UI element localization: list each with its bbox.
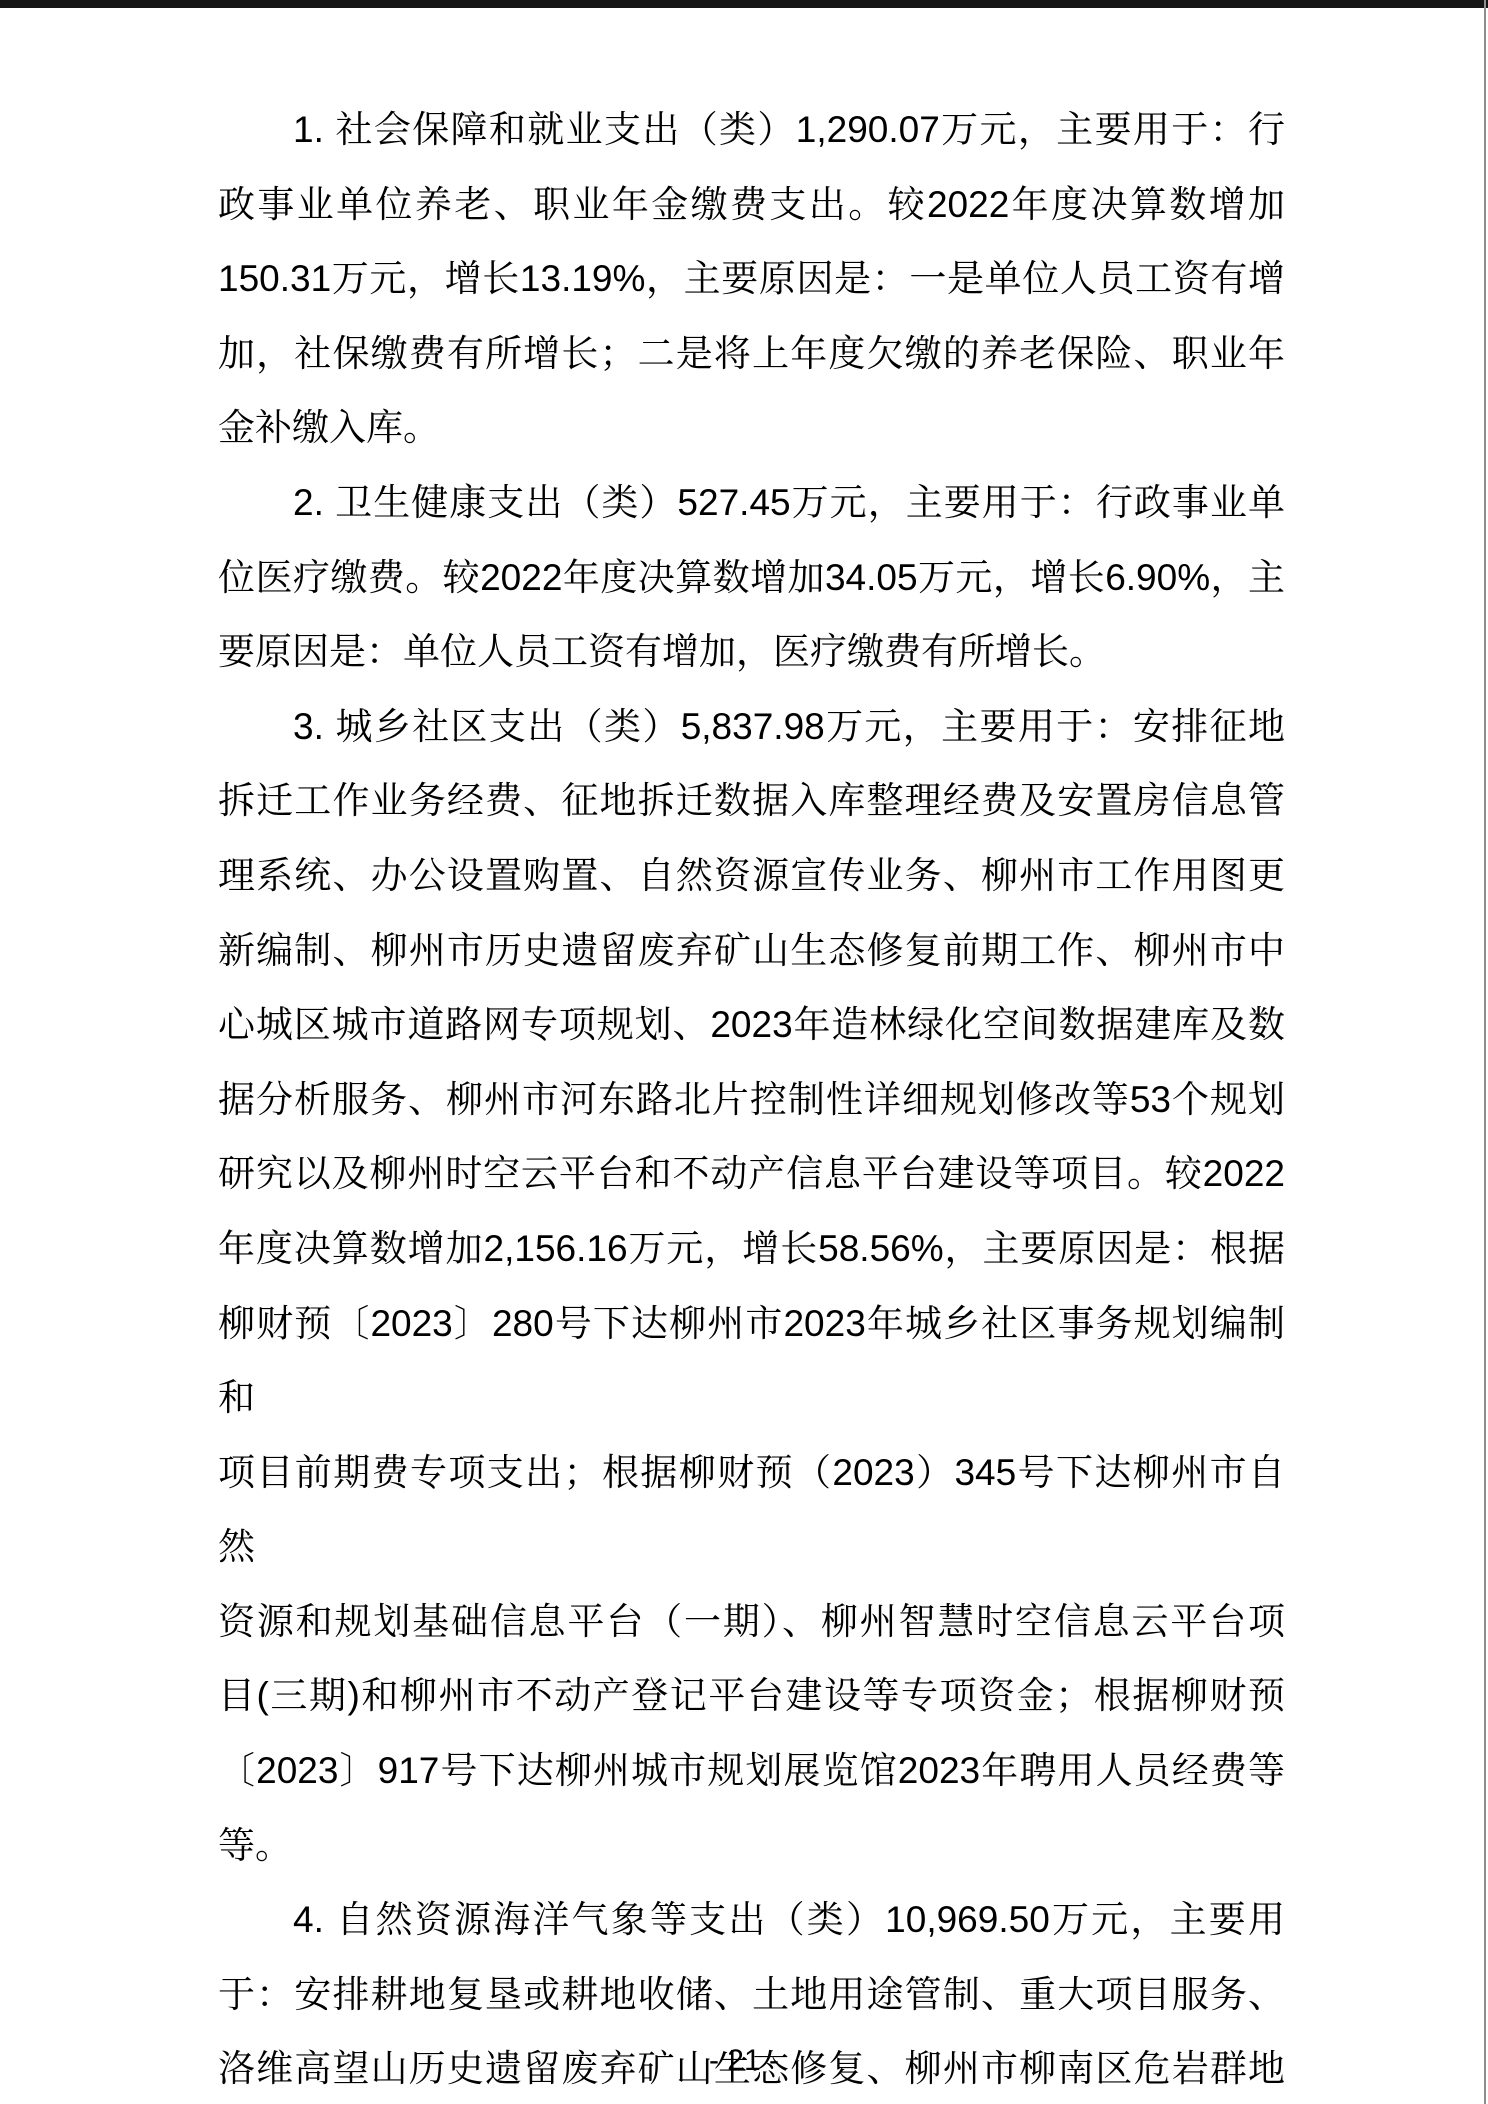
text-line: 年度决算数增加2,156.16万元，增长58.56%，主要原因是：根据 [218, 1212, 1285, 1287]
text-line: 理系统、办公设置购置、自然资源宣传业务、柳州市工作用图更 [218, 839, 1285, 914]
document-body: 1. 社会保障和就业支出（类）1,290.07万元，主要用于：行政事业单位养老、… [218, 93, 1285, 2104]
text-line: 要原因是：单位人员工资有增加，医疗缴费有所增长。 [218, 615, 1285, 690]
text-line: 3. 城乡社区支出（类）5,837.98万元，主要用于：安排征地 [218, 690, 1285, 765]
text-line: 等。 [218, 1809, 1285, 1884]
text-line: 2. 卫生健康支出（类）527.45万元，主要用于：行政事业单 [218, 466, 1285, 541]
text-line: 项目前期费专项支出；根据柳财预（2023）345号下达柳州市自然 [218, 1436, 1285, 1585]
scan-top-edge [0, 0, 1488, 8]
text-line: 4. 自然资源海洋气象等支出（类）10,969.50万元，主要用 [218, 1883, 1285, 1958]
page-number: - 21 - [0, 2044, 1488, 2078]
text-line: 位医疗缴费。较2022年度决算数增加34.05万元，增长6.90%，主 [218, 541, 1285, 616]
text-line: 150.31万元，增长13.19%，主要原因是：一是单位人员工资有增 [218, 242, 1285, 317]
text-line: 金补缴入库。 [218, 391, 1285, 466]
text-line: 资源和规划基础信息平台（一期）、柳州智慧时空信息云平台项 [218, 1585, 1285, 1660]
text-line: 加，社保缴费有所增长；二是将上年度欠缴的养老保险、职业年 [218, 317, 1285, 392]
text-line: 目(三期)和柳州市不动产登记平台建设等专项资金；根据柳财预 [218, 1659, 1285, 1734]
text-line: 心城区城市道路网专项规划、2023年造林绿化空间数据建库及数 [218, 988, 1285, 1063]
text-line: 据分析服务、柳州市河东路北片控制性详细规划修改等53个规划 [218, 1063, 1285, 1138]
text-line: 1. 社会保障和就业支出（类）1,290.07万元，主要用于：行 [218, 93, 1285, 168]
text-line: 政事业单位养老、职业年金缴费支出。较2022年度决算数增加 [218, 168, 1285, 243]
text-line: 新编制、柳州市历史遗留废弃矿山生态修复前期工作、柳州市中 [218, 914, 1285, 989]
document-page: 1. 社会保障和就业支出（类）1,290.07万元，主要用于：行政事业单位养老、… [0, 0, 1488, 2104]
text-line: 拆迁工作业务经费、征地拆迁数据入库整理经费及安置房信息管 [218, 764, 1285, 839]
text-line: 〔2023〕917号下达柳州城市规划展览馆2023年聘用人员经费等 [218, 1734, 1285, 1809]
text-line: 研究以及柳州时空云平台和不动产信息平台建设等项目。较2022 [218, 1137, 1285, 1212]
text-line: 于：安排耕地复垦或耕地收储、土地用途管制、重大项目服务、 [218, 1958, 1285, 2033]
scan-right-edge [1484, 0, 1486, 2104]
text-line: 柳财预〔2023〕280号下达柳州市2023年城乡社区事务规划编制和 [218, 1287, 1285, 1436]
